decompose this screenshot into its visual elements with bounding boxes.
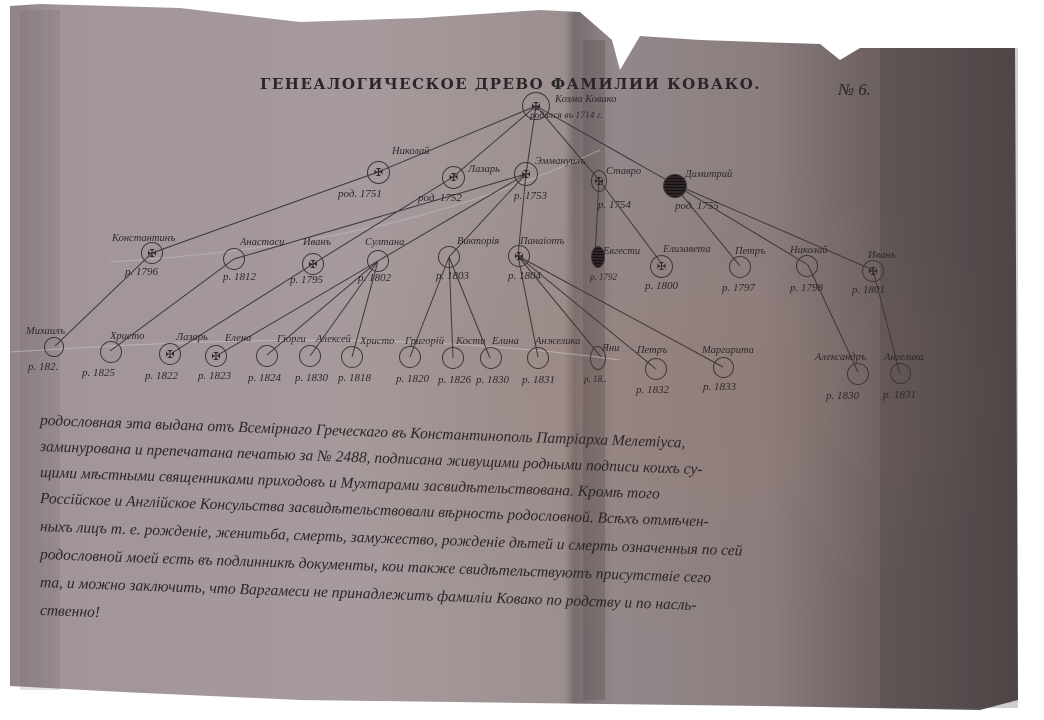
person-year: р. 182. xyxy=(28,361,58,373)
node-cross-icon: ✠ xyxy=(862,260,884,282)
person-year: р. 1824 xyxy=(248,372,281,384)
person-name: Маргарита xyxy=(702,345,754,356)
person-name: Елена xyxy=(225,333,251,344)
person-year: р. 1831 xyxy=(883,389,916,401)
person-year: р. 1830 xyxy=(295,372,328,384)
person-name: Эммануилъ xyxy=(535,156,586,167)
person-year: р. 1831 xyxy=(522,374,555,386)
person-year: р. 1792 xyxy=(590,272,617,282)
person-year: р. 1833 xyxy=(703,381,736,393)
node-cross-icon: ✠ xyxy=(508,245,530,267)
person-name: Христо xyxy=(110,331,144,342)
person-year: р. 1830 xyxy=(826,390,859,402)
person-name: Елина xyxy=(492,336,519,347)
root-name: Козма Ковако xyxy=(555,94,616,105)
node-empty-icon xyxy=(44,337,64,357)
person-name: Викторія xyxy=(457,236,499,247)
person-year: р. 1818 xyxy=(338,372,371,384)
person-year: р. 1825 xyxy=(82,367,115,379)
person-name: Михаилъ xyxy=(26,326,65,337)
node-empty-icon xyxy=(729,256,751,278)
person-year: р. 1812 xyxy=(223,271,256,283)
node-cross-icon: ✠ xyxy=(591,170,607,192)
person-year: р. 18.. xyxy=(584,374,607,384)
person-year: р. 1803 xyxy=(436,270,469,282)
person-year: р. 1754 xyxy=(598,199,631,211)
person-name: Панаіотъ xyxy=(520,236,565,247)
node-cross-icon: ✠ xyxy=(205,345,227,367)
person-name: Николай xyxy=(392,146,430,157)
root-note: родился въ 1714 г. xyxy=(530,111,603,121)
document-number: № 6. xyxy=(838,80,871,100)
person-name: Ставро xyxy=(606,166,641,177)
person-year: р. 1800 xyxy=(645,280,678,292)
person-name: Христо xyxy=(360,336,394,347)
person-name: Иванъ xyxy=(868,250,896,261)
person-name: Лазарь xyxy=(468,164,500,175)
person-name: Константинъ xyxy=(112,233,175,244)
person-year: р. 1796 xyxy=(125,266,158,278)
node-empty-icon xyxy=(299,345,321,367)
person-year: р. 1820 xyxy=(396,373,429,385)
node-empty-icon xyxy=(367,250,389,272)
person-year: р. 1826 xyxy=(438,374,471,386)
person-year: р. 1802 xyxy=(358,272,391,284)
person-name: Димитрий xyxy=(685,169,732,180)
person-name: Лазарь xyxy=(176,332,208,343)
node-empty-icon xyxy=(645,358,667,380)
node-empty-icon xyxy=(713,357,734,378)
node-cross-icon: ✠ xyxy=(141,242,163,264)
node-empty-icon xyxy=(223,248,245,270)
node-cross-icon: ✠ xyxy=(159,343,181,365)
person-year: род. 1752 xyxy=(418,192,462,204)
person-name: Ангелика xyxy=(884,352,924,363)
node-empty-icon xyxy=(100,341,122,363)
node-empty-icon xyxy=(399,346,421,368)
person-year: р. 1798 xyxy=(790,282,823,294)
node-empty-icon xyxy=(796,255,818,277)
person-name: Иванъ xyxy=(303,237,331,248)
node-empty-icon xyxy=(256,345,278,367)
person-name: Султана xyxy=(365,237,404,248)
node-empty-icon xyxy=(438,246,460,268)
person-year: р. 1822 xyxy=(145,370,178,382)
person-year: р. 1804 xyxy=(508,270,541,282)
node-cross-icon: ✠ xyxy=(650,255,673,278)
person-year: р. 1795 xyxy=(290,274,323,286)
node-cross-icon: ✠ xyxy=(302,253,324,275)
person-year: р. 1830 xyxy=(476,374,509,386)
node-empty-icon xyxy=(442,347,464,369)
person-name: Александръ xyxy=(815,352,866,363)
person-name: Петръ xyxy=(735,246,765,257)
node-hatched-icon xyxy=(663,174,687,198)
person-name: Гіорги xyxy=(277,334,306,345)
node-empty-icon xyxy=(480,347,502,369)
person-year: р. 1832 xyxy=(636,384,669,396)
document-photo: ГЕНЕАЛОГИЧЕСКОЕ ДРЕВО ФАМИЛИИ КОВАКО. № … xyxy=(0,0,1044,720)
body-text-line: ственно! xyxy=(40,602,101,622)
node-empty-icon xyxy=(527,347,549,369)
person-name: Григорій xyxy=(405,336,444,347)
document-title: ГЕНЕАЛОГИЧЕСКОЕ ДРЕВО ФАМИЛИИ КОВАКО. xyxy=(260,75,761,93)
person-year: р. 1823 xyxy=(198,370,231,382)
person-year: р. 1801 xyxy=(852,284,885,296)
person-name: Елизавета xyxy=(663,244,711,255)
node-empty-icon xyxy=(341,346,363,368)
node-cross-icon: ✠ xyxy=(442,166,465,189)
person-name: Петръ xyxy=(637,345,667,356)
person-year: род. 1751 xyxy=(338,188,382,200)
node-cross-icon: ✠ xyxy=(367,161,390,184)
person-name: Анжелика xyxy=(535,336,580,347)
node-empty-icon xyxy=(847,363,869,385)
person-year: р. 1753 xyxy=(514,190,547,202)
person-name: Николай xyxy=(790,245,828,256)
person-name: Евгести xyxy=(603,246,640,257)
node-empty-icon xyxy=(890,363,911,384)
person-name: Анастаси xyxy=(240,237,284,248)
person-name: Кости xyxy=(456,336,485,347)
person-name: Яни xyxy=(602,343,619,354)
person-name: Алексей xyxy=(316,334,351,345)
person-year: род. 1755 xyxy=(675,200,719,212)
person-year: р. 1797 xyxy=(722,282,755,294)
